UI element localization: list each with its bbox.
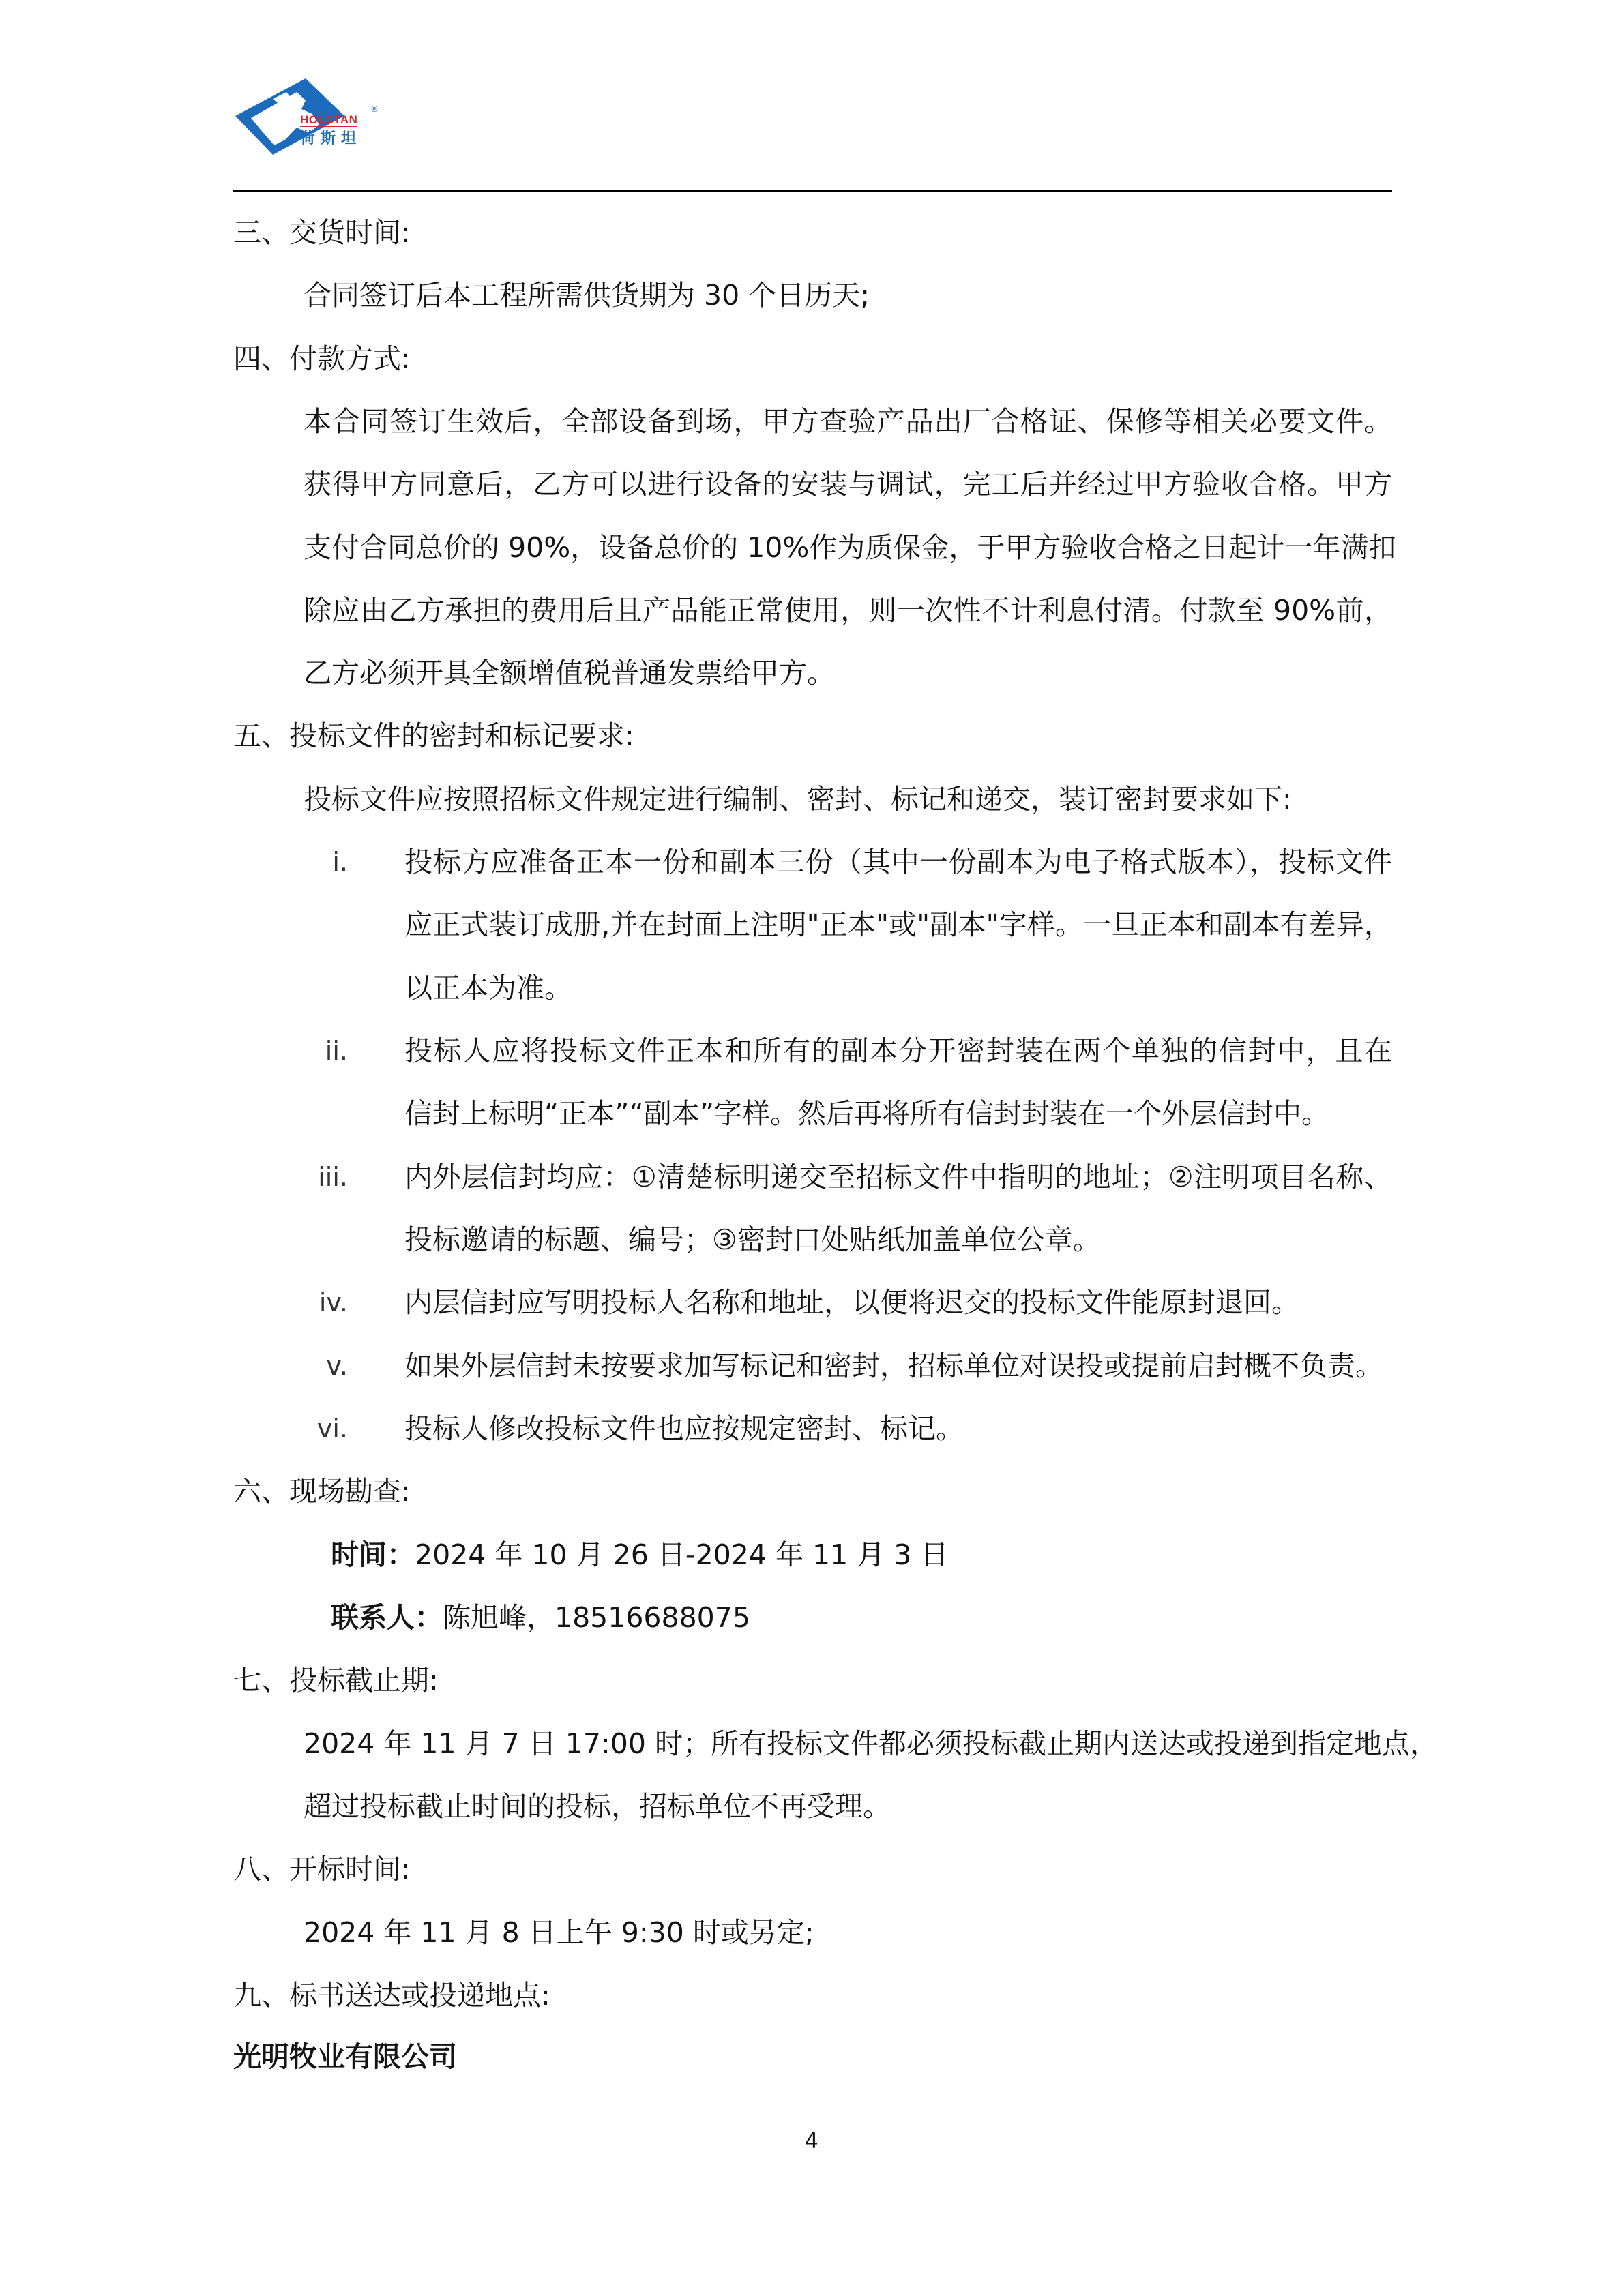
paragraph-line: 支付合同总价的 90%，设备总价的 10%作为质保金，于甲方验收合格之日起计一年… [304, 516, 1392, 579]
list-marker: iii. [286, 1146, 348, 1208]
survey-contact-row: 联系人：陈旭峰，18516688075 [331, 1586, 750, 1649]
survey-contact-label: 联系人： [331, 1601, 443, 1634]
logo-brand-en: HOLSTAN [300, 114, 357, 127]
list-item-line: 投标邀请的标题、编号；③密封口处贴纸加盖单位公章。 [404, 1208, 1101, 1271]
paragraph-line: 2024 年 11 月 8 日上午 9:30 时或另定; [304, 1901, 814, 1964]
list-item-line: 信封上标明“正本”“副本”字样。然后再将所有信封封装在一个外层信封中。 [404, 1082, 1329, 1145]
logo-brand-cn: 荷斯坦 [300, 130, 361, 148]
list-marker: vi. [286, 1397, 348, 1460]
section-heading-site-survey: 六、现场勘查: [233, 1460, 411, 1523]
list-item-line: 应正式装订成册,并在封面上注明"正本"或"副本"字样。一旦正本和副本有差异， [404, 893, 1392, 956]
paragraph-line: 2024 年 11 月 7 日 17:00 时；所有投标文件都必须投标截止期内送… [304, 1712, 1392, 1775]
list-item-line: 投标人修改投标文件也应按规定密封、标记。 [404, 1397, 964, 1460]
section-heading-bid-deadline: 七、投标截止期: [233, 1649, 439, 1712]
list-item-line: 内外层信封均应：①清楚标明递交至招标文件中指明的地址；②注明项目名称、 [404, 1146, 1392, 1208]
section-heading-payment: 四、付款方式: [233, 327, 411, 390]
survey-contact-value: 陈旭峰，18516688075 [443, 1601, 750, 1634]
list-item-line: 以正本为准。 [404, 957, 572, 1019]
section-heading-delivery-location: 九、标书送达或投递地点: [233, 1964, 550, 2027]
paragraph-line: 除应由乙方承担的费用后且产品能正常使用，则一次性不计利息付清。付款至 90%前， [304, 579, 1392, 642]
paragraph-line: 超过投标截止时间的投标，招标单位不再受理。 [304, 1775, 891, 1838]
list-item-line: 如果外层信封未按要求加写标记和密封，招标单位对误投或提前启封概不负责。 [404, 1335, 1383, 1397]
list-item-line: 投标方应准备正本一份和副本三份（其中一份副本为电子格式版本），投标文件 [404, 831, 1392, 893]
paragraph-line: 投标文件应按照招标文件规定进行编制、密封、标记和递交，装订密封要求如下: [304, 768, 1292, 831]
page-number: 4 [778, 2128, 846, 2155]
survey-time-value: 2024 年 10 月 26 日-2024 年 11 月 3 日 [415, 1538, 948, 1571]
list-marker: i. [286, 831, 348, 893]
paragraph-line: 合同签订后本工程所需供货期为 30 个日历天; [304, 264, 870, 327]
list-item-line: 内层信封应写明投标人名称和地址，以便将迟交的投标文件能原封退回。 [404, 1271, 1299, 1334]
section-heading-sealing: 五、投标文件的密封和标记要求: [233, 704, 634, 767]
holstan-logo: HOLSTAN 荷斯坦 ® [232, 72, 389, 164]
list-marker: v. [286, 1335, 348, 1397]
section-heading-bid-opening: 八、开标时间: [233, 1838, 411, 1900]
registered-mark: ® [370, 104, 379, 114]
header-divider [233, 190, 1392, 192]
paragraph-line: 本合同签订生效后，全部设备到场，甲方查验产品出厂合格证、保修等相关必要文件。 [304, 390, 1392, 453]
section-heading-delivery-time: 三、交货时间: [233, 201, 411, 264]
company-name: 光明牧业有限公司 [233, 2025, 457, 2088]
survey-time-label: 时间： [331, 1538, 415, 1571]
list-marker: ii. [286, 1019, 348, 1082]
list-marker: iv. [286, 1271, 348, 1334]
paragraph-line: 获得甲方同意后，乙方可以进行设备的安装与调试，完工后并经过甲方验收合格。甲方 [304, 453, 1392, 516]
survey-time-row: 时间：2024 年 10 月 26 日-2024 年 11 月 3 日 [331, 1523, 948, 1586]
paragraph-line: 乙方必须开具全额增值税普通发票给甲方。 [304, 642, 835, 704]
list-item-line: 投标人应将投标文件正本和所有的副本分开密封装在两个单独的信封中，且在 [404, 1019, 1392, 1082]
